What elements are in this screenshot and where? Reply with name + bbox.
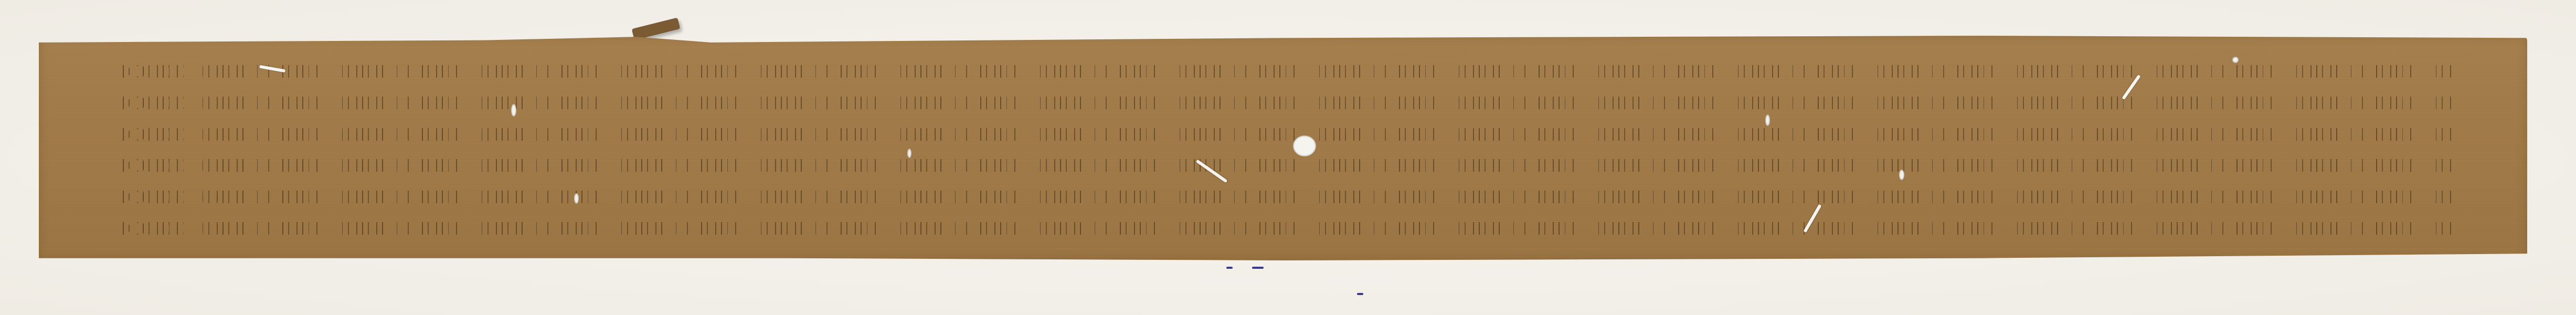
- palm-leaf: [39, 36, 2527, 260]
- insect-hole: [1765, 114, 1770, 126]
- insect-hole: [2232, 57, 2239, 63]
- manuscript-line-4: [123, 155, 2454, 176]
- blue-ink-mark: [1226, 267, 1233, 269]
- manuscript-line-6: [123, 218, 2454, 239]
- blue-ink-mark: [1252, 267, 1264, 269]
- manuscript-line-5: [123, 186, 2454, 208]
- manuscript-line-1: [123, 61, 2454, 82]
- manuscript-line-2: [123, 92, 2454, 114]
- photo-stage: [0, 0, 2576, 315]
- insect-hole: [1899, 170, 1904, 180]
- insect-hole: [907, 149, 911, 158]
- insect-hole: [511, 104, 516, 117]
- insect-hole: [574, 193, 579, 204]
- manuscript-line-3: [123, 124, 2454, 145]
- detached-leaf-fragment: [632, 17, 681, 40]
- blue-ink-mark: [1357, 293, 1363, 295]
- manuscript-text-block: [123, 61, 2454, 239]
- binding-string-hole: [1293, 135, 1316, 156]
